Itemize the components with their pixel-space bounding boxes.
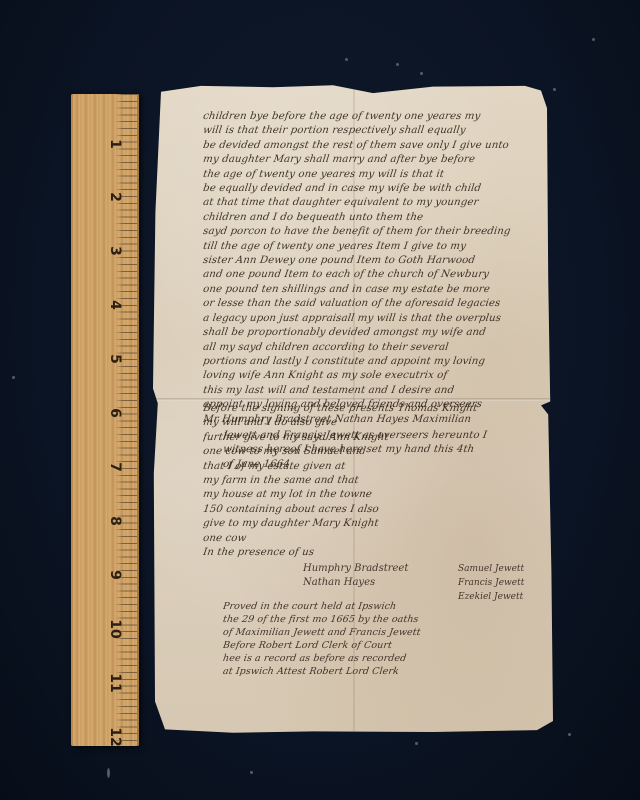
handwriting-line: of Maximilian Jewett and Francis Jewett <box>223 626 543 639</box>
witness-name: Francis Jewett <box>458 576 553 590</box>
will-upper-text: children bye before the age of twenty on… <box>203 110 548 427</box>
probate-text: Proved in the court held at Ipswich the … <box>223 600 543 678</box>
dust-speck <box>568 733 571 736</box>
ruler-number-2: 2 <box>107 187 123 207</box>
dust-speck <box>12 376 15 379</box>
handwriting-line: portions and lastly I constitute and app… <box>203 355 548 369</box>
witness-signatures-right: Samuel Jewett Francis Jewett Ezekiel Jew… <box>458 562 553 604</box>
ruler-number-10: 10 <box>107 619 123 639</box>
dust-speck <box>107 768 110 778</box>
ruler-number-11: 11 <box>107 673 123 693</box>
dust-speck <box>396 63 399 66</box>
handwriting-line: Proved in the court held at Ipswich <box>223 600 543 613</box>
dust-speck <box>250 771 253 774</box>
ruler-number-1: 1 <box>107 134 123 154</box>
ruler-number-7: 7 <box>107 457 123 477</box>
handwriting-line: be devided amongst the rest of them save… <box>203 139 548 153</box>
handwriting-line: sayd porcon to have the benefit of them … <box>203 225 548 239</box>
handwriting-line: hee is a record as before as recorded <box>223 652 543 665</box>
handwriting-line: further give to my sayd Ann Knight <box>203 431 548 445</box>
handwriting-line: one cow to my son Samuel and <box>203 445 548 459</box>
dust-speck <box>420 72 423 75</box>
handwriting-line: that I of my estate given at <box>203 460 548 474</box>
handwriting-line: my house at my lot in the towne <box>203 488 548 502</box>
ruler-number-3: 3 <box>107 241 123 261</box>
ruler-number-8: 8 <box>107 511 123 531</box>
handwriting-line: the 29 of the first mo 1665 by the oaths <box>223 613 543 626</box>
handwriting-line: children bye before the age of twenty on… <box>203 110 548 124</box>
handwriting-line: shall be proportionably devided amongst … <box>203 326 548 340</box>
manuscript-document: children bye before the age of twenty on… <box>153 82 553 734</box>
handwriting-line: Before Robert Lord Clerk of Court <box>223 639 543 652</box>
ruler-number-6: 6 <box>107 403 123 423</box>
witness-name: Humphry Bradstreet <box>303 562 413 576</box>
ruler-number-12: 12 <box>107 727 123 747</box>
dust-speck <box>553 88 556 91</box>
signature-line: Before the signing of these presents Tho… <box>203 402 548 416</box>
handwriting-line: children and I do bequeath unto them the <box>203 211 548 225</box>
handwriting-line: a legacy upon just appraisall my will is… <box>203 312 548 326</box>
witness-name: Samuel Jewett <box>458 562 553 576</box>
dust-speck <box>592 38 595 41</box>
dust-speck <box>345 58 348 61</box>
handwriting-line: be equally devided and in case my wife b… <box>203 182 548 196</box>
dust-speck <box>415 742 418 745</box>
handwriting-line: my farm in the same and that <box>203 474 548 488</box>
handwriting-line: all my sayd children according to their … <box>203 341 548 355</box>
ruler-brand-text <box>79 394 93 514</box>
handwriting-line: and one pound Item to each of the church… <box>203 268 548 282</box>
handwriting-line: at that time that daughter equivalent to… <box>203 196 548 210</box>
witness-signatures-left: Humphry Bradstreet Nathan Hayes <box>303 562 413 590</box>
handwriting-line: 150 containing about acres I also <box>203 503 548 517</box>
will-lower-text: Before the signing of these presents Tho… <box>203 402 548 560</box>
handwriting-line: at Ipswich Attest Robert Lord Clerk <box>223 665 543 678</box>
ruler-number-4: 4 <box>107 295 123 315</box>
handwriting-line: my daughter Mary shall marry and after b… <box>203 153 548 167</box>
handwriting-line: till the age of twenty one yeares Item I… <box>203 240 548 254</box>
margin-notation <box>165 252 175 255</box>
handwriting-line: In the presence of us <box>203 546 548 560</box>
handwriting-line: the age of twenty one yeares my will is … <box>203 168 548 182</box>
handwriting-line: one pound ten shillings and in case my e… <box>203 283 548 297</box>
handwriting-line: one cow <box>203 532 548 546</box>
handwriting-line: or lesse than the said valuation of the … <box>203 297 548 311</box>
handwriting-line: sister Ann Dewey one pound Item to Goth … <box>203 254 548 268</box>
handwriting-line: give to my daughter Mary Knight <box>203 517 548 531</box>
ruler-number-5: 5 <box>107 349 123 369</box>
handwriting-line: this my last will and testament and I de… <box>203 384 548 398</box>
handwriting-line: loving wife Ann Knight as my sole execut… <box>203 369 548 383</box>
handwriting-line: my will and I do also give <box>203 416 548 430</box>
ruler-number-9: 9 <box>107 565 123 585</box>
wooden-ruler: 1 2 3 4 5 6 7 8 9 10 11 12 <box>71 94 139 746</box>
handwriting-line: will is that their portion respectively … <box>203 124 548 138</box>
witness-name: Nathan Hayes <box>303 576 413 590</box>
